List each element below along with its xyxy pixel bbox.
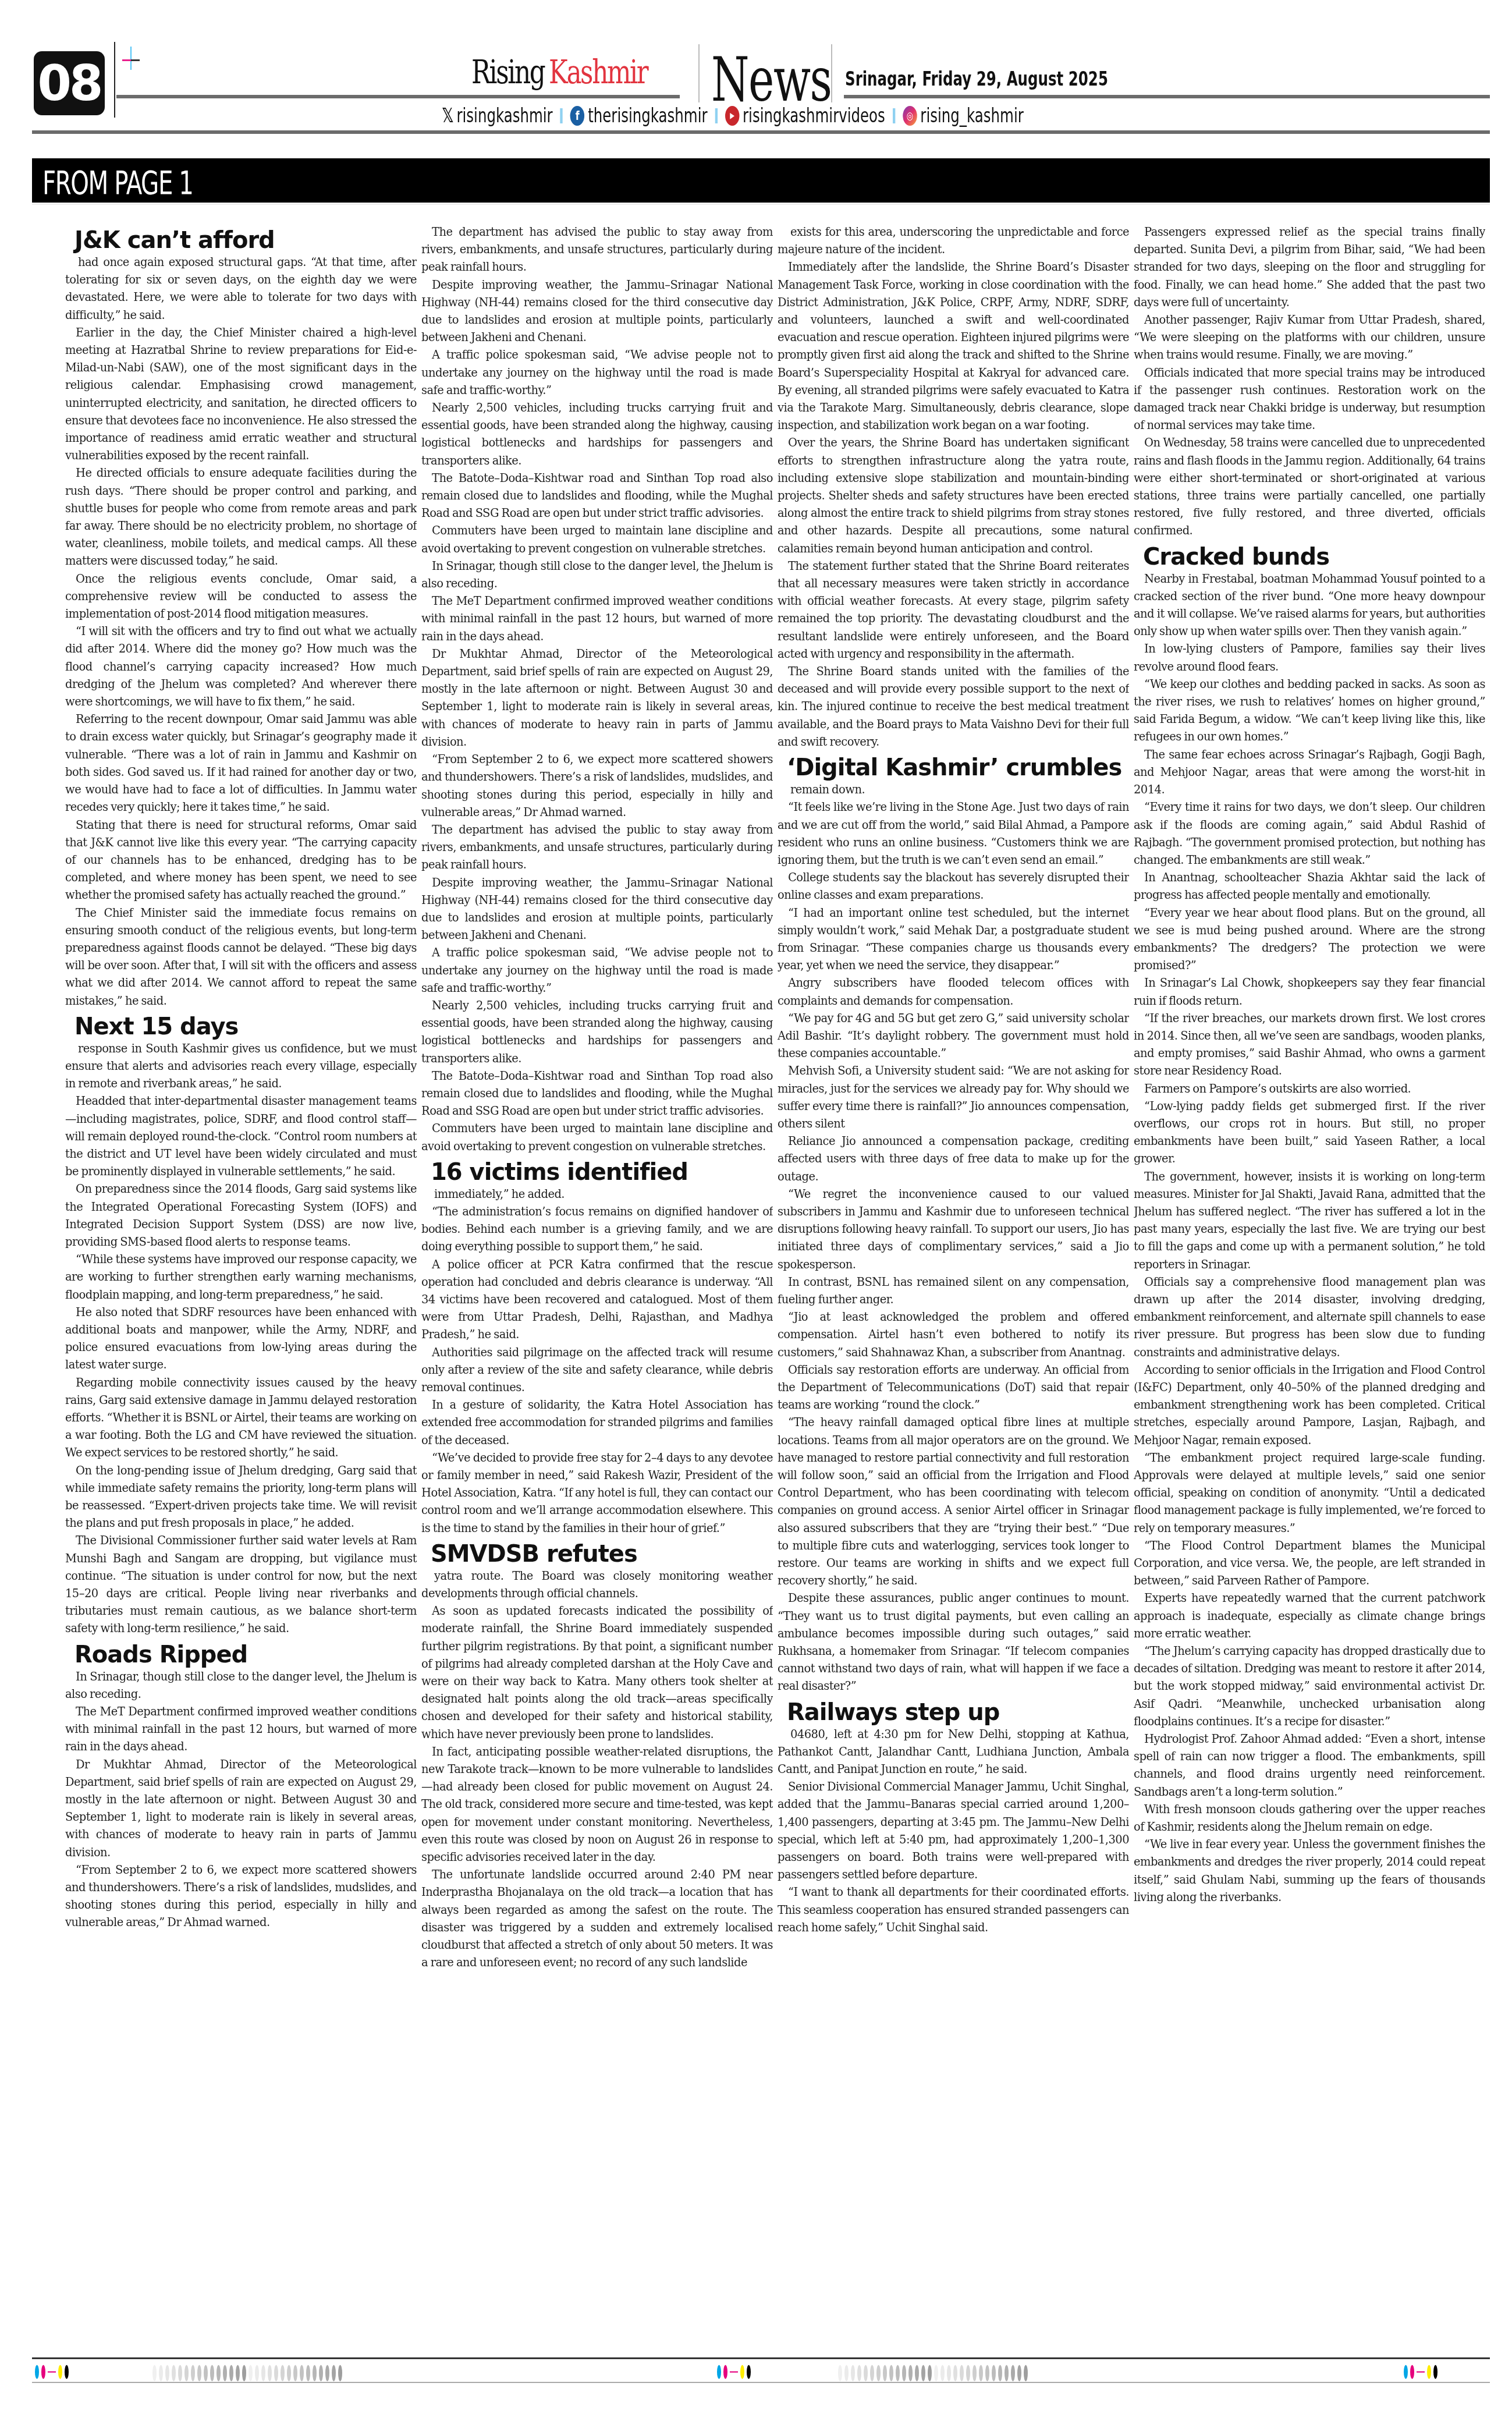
- article-subheading: 16 victims identified: [421, 1159, 773, 1186]
- article-paragraph: “We pay for 4G and 5G but get zero G,” s…: [778, 1010, 1129, 1063]
- article-paragraph: Regarding mobile connectivity issues cau…: [65, 1374, 417, 1462]
- article-paragraph: Another passenger, Rajiv Kumar from Utta…: [1134, 311, 1485, 364]
- article-paragraph: yatra route. The Board was closely monit…: [421, 1568, 773, 1602]
- article-paragraph: In low-lying clusters of Pampore, famili…: [1134, 640, 1485, 675]
- column-1: J&K can’t affordhad once again exposed s…: [65, 224, 417, 2348]
- section-title: FROM PAGE 1: [42, 164, 193, 202]
- article-paragraph: Earlier in the day, the Chief Minister c…: [65, 324, 417, 465]
- column-2: The department has advised the public to…: [421, 224, 773, 2348]
- article-paragraph: “Jio at least acknowledged the problem a…: [778, 1309, 1129, 1361]
- masthead-rule: [116, 95, 680, 98]
- article-paragraph: On Wednesday, 58 trains were cancelled d…: [1134, 434, 1485, 540]
- article-paragraph: The Chief Minister said the immediate fo…: [65, 905, 417, 1010]
- article-paragraph: Hydrologist Prof. Zahoor Ahmad added: “E…: [1134, 1731, 1485, 1801]
- column-3: exists for this area, underscoring the u…: [778, 224, 1129, 2348]
- article-paragraph: The Batote–Doda–Kishtwar road and Sintha…: [421, 470, 773, 523]
- gray-ramp: [152, 2365, 342, 2381]
- article-paragraph: Nearby in Frestabal, boatman Mohammad Yo…: [1134, 570, 1485, 641]
- article-subheading: Roads Ripped: [65, 1641, 417, 1668]
- article-paragraph: “I will sit with the officers and try to…: [65, 623, 417, 711]
- social-facebook[interactable]: ftherisingkashmir: [570, 104, 708, 127]
- youtube-icon: ▶: [725, 106, 739, 126]
- article-subheading: ‘Digital Kashmir’ crumbles: [778, 754, 1129, 781]
- masthead-rule: [844, 95, 1490, 98]
- article-paragraph: “We’ve decided to provide free stay for …: [421, 1449, 773, 1537]
- x-icon: 𝕏: [442, 106, 453, 126]
- article-paragraph: exists for this area, underscoring the u…: [778, 224, 1129, 258]
- article-paragraph: A police officer at PCR Katra confirmed …: [421, 1256, 773, 1344]
- masthead-rule: [32, 130, 1490, 134]
- article-paragraph: had once again exposed structural gaps. …: [65, 254, 417, 324]
- section-underline: [32, 204, 1490, 205]
- section-bar: FROM PAGE 1: [32, 158, 1490, 203]
- page-number: 08: [38, 55, 101, 112]
- article-paragraph: In contrast, BSNL has remained silent on…: [778, 1274, 1129, 1309]
- article-paragraph: The Shrine Board stands united with the …: [778, 663, 1129, 751]
- article-paragraph: The MeT Department confirmed improved we…: [421, 593, 773, 646]
- article-paragraph: Experts have repeatedly warned that the …: [1134, 1590, 1485, 1643]
- article-paragraph: With fresh monsoon clouds gathering over…: [1134, 1801, 1485, 1836]
- logo-rising: Rising: [471, 54, 544, 91]
- masthead-divider: [831, 44, 832, 102]
- article-paragraph: The Batote–Doda–Kishtwar road and Sintha…: [421, 1068, 773, 1120]
- article-paragraph: On the long-pending issue of Jhelum dred…: [65, 1462, 417, 1533]
- article-paragraph: “Low-lying paddy fields get submerged fi…: [1134, 1098, 1485, 1168]
- article-paragraph: He directed officials to ensure adequate…: [65, 464, 417, 570]
- article-paragraph: “I had an important online test schedule…: [778, 905, 1129, 975]
- article-paragraph: remain down.: [778, 781, 1129, 799]
- column-4: Passengers expressed relief as the speci…: [1134, 224, 1485, 2348]
- article-paragraph: “The embankment project required large-s…: [1134, 1449, 1485, 1537]
- article-paragraph: Angry subscribers have flooded telecom o…: [778, 974, 1129, 1009]
- article-paragraph: “From September 2 to 6, we expect more s…: [421, 751, 773, 821]
- article-paragraph: The department has advised the public to…: [421, 821, 773, 874]
- article-paragraph: Officials indicated that more special tr…: [1134, 364, 1485, 435]
- article-paragraph: “The heavy rainfall damaged optical fibr…: [778, 1414, 1129, 1590]
- article-paragraph: A traffic police spokesman said, “We adv…: [421, 944, 773, 997]
- article-paragraph: College students say the blackout has se…: [778, 869, 1129, 904]
- article-subheading: Railways step up: [778, 1699, 1129, 1726]
- article-paragraph: In Srinagar’s Lal Chowk, shopkeepers say…: [1134, 974, 1485, 1009]
- article-paragraph: “While these systems have improved our r…: [65, 1251, 417, 1304]
- cmyk-swatches: [1404, 2365, 1438, 2379]
- article-subheading: Cracked bunds: [1134, 544, 1485, 570]
- article-paragraph: Farmers on Pampore’s outskirts are also …: [1134, 1080, 1485, 1098]
- cmyk-swatches: [717, 2365, 751, 2379]
- article-paragraph: immediately,” he added.: [421, 1186, 773, 1203]
- article-paragraph: He also noted that SDRF resources have b…: [65, 1304, 417, 1374]
- article-paragraph: Commuters have been urged to maintain la…: [421, 522, 773, 557]
- article-paragraph: “I want to thank all departments for the…: [778, 1884, 1129, 1937]
- article-paragraph: Commuters have been urged to maintain la…: [421, 1120, 773, 1155]
- article-paragraph: “The Flood Control Department blames the…: [1134, 1537, 1485, 1590]
- article-paragraph: “It feels like we’re living in the Stone…: [778, 799, 1129, 869]
- article-paragraph: The government, however, insists it is w…: [1134, 1168, 1485, 1274]
- article-paragraph: “We regret the inconvenience caused to o…: [778, 1186, 1129, 1274]
- social-x[interactable]: 𝕏risingkashmir: [442, 104, 553, 127]
- article-paragraph: Once the religious events conclude, Omar…: [65, 570, 417, 623]
- article-paragraph: “Every year we hear about flood plans. B…: [1134, 905, 1485, 975]
- article-paragraph: Authorities said pilgrimage on the affec…: [421, 1344, 773, 1397]
- social-handle: rising_kashmir: [920, 104, 1023, 127]
- article-paragraph: The unfortunate landslide occurred aroun…: [421, 1866, 773, 1971]
- article-paragraph: Referring to the recent downpour, Omar s…: [65, 711, 417, 816]
- article-paragraph: Senior Divisional Commercial Manager Jam…: [778, 1778, 1129, 1884]
- article-paragraph: In a gesture of solidarity, the Katra Ho…: [421, 1396, 773, 1449]
- article-paragraph: “From September 2 to 6, we expect more s…: [65, 1861, 417, 1932]
- article-paragraph: response in South Kashmir gives us confi…: [65, 1040, 417, 1093]
- article-paragraph: Officials say a comprehensive flood mana…: [1134, 1274, 1485, 1361]
- article-paragraph: Despite these assurances, public anger c…: [778, 1590, 1129, 1695]
- registration-mark-icon: [122, 47, 140, 70]
- article-paragraph: Mehvish Sofi, a University student said:…: [778, 1062, 1129, 1133]
- social-handles: 𝕏risingkashmir ftherisingkashmir ▶rising…: [442, 102, 1024, 129]
- social-handle: risingkashmir: [456, 104, 552, 127]
- article-paragraph: “We live in fear every year. Unless the …: [1134, 1836, 1485, 1906]
- article-paragraph: “We keep our clothes and bedding packed …: [1134, 676, 1485, 746]
- dateline: Srinagar, Friday 29, August 2025: [845, 68, 1108, 91]
- social-handle: risingkashmirvideos: [743, 104, 885, 127]
- article-paragraph: Headded that inter-departmental disaster…: [65, 1093, 417, 1180]
- social-handle: therisingkashmir: [588, 104, 707, 127]
- article-paragraph: “Every time it rains for two days, we do…: [1134, 799, 1485, 869]
- article-paragraph: Immediately after the landslide, the Shr…: [778, 258, 1129, 434]
- social-instagram[interactable]: ◎rising_kashmir: [903, 104, 1024, 127]
- article-subheading: SMVDSB refutes: [421, 1541, 773, 1568]
- article-paragraph: Despite improving weather, the Jammu–Sri…: [421, 276, 773, 347]
- article-paragraph: “If the river breaches, our markets drow…: [1134, 1010, 1485, 1080]
- article-paragraph: “The administration’s focus remains on d…: [421, 1203, 773, 1256]
- article-paragraph: “The Jhelum’s carrying capacity has drop…: [1134, 1643, 1485, 1731]
- article-paragraph: In Anantnag, schoolteacher Shazia Akhtar…: [1134, 869, 1485, 904]
- article-paragraph: Officials say restoration efforts are un…: [778, 1361, 1129, 1414]
- article-paragraph: In Srinagar, though still close to the d…: [65, 1668, 417, 1703]
- article-paragraph: In Srinagar, though still close to the d…: [421, 558, 773, 593]
- article-paragraph: Despite improving weather, the Jammu–Sri…: [421, 874, 773, 945]
- article-paragraph: As soon as updated forecasts indicated t…: [421, 1602, 773, 1743]
- facebook-icon: f: [570, 106, 584, 126]
- article-paragraph: Nearly 2,500 vehicles, including trucks …: [421, 997, 773, 1068]
- article-paragraph: The MeT Department confirmed improved we…: [65, 1703, 417, 1756]
- article-paragraph: Reliance Jio announced a compensation pa…: [778, 1133, 1129, 1186]
- article-paragraph: On preparedness since the 2014 floods, G…: [65, 1180, 417, 1251]
- gray-ramp: [838, 2365, 1028, 2381]
- instagram-icon: ◎: [903, 106, 917, 126]
- article-paragraph: The Divisional Commissioner further said…: [65, 1532, 417, 1637]
- article-paragraph: A traffic police spokesman said, “We adv…: [421, 346, 773, 399]
- article-paragraph: 04680, left at 4:30 pm for New Delhi, st…: [778, 1726, 1129, 1779]
- page-number-rule: [114, 42, 115, 118]
- article-subheading: J&K can’t afford: [65, 227, 417, 254]
- masthead-divider: [698, 44, 700, 102]
- article-subheading: Next 15 days: [65, 1013, 417, 1040]
- article-paragraph: Passengers expressed relief as the speci…: [1134, 224, 1485, 311]
- article-paragraph: Dr Mukhtar Ahmad, Director of the Meteor…: [421, 646, 773, 751]
- article-paragraph: The same fear echoes across Srinagar’s R…: [1134, 746, 1485, 799]
- separator: [560, 108, 563, 123]
- cmyk-swatches: [35, 2365, 69, 2379]
- article-paragraph: According to senior officials in the Irr…: [1134, 1361, 1485, 1449]
- logo-kashmir: Kashmir: [549, 54, 647, 91]
- article-paragraph: Over the years, the Shrine Board has und…: [778, 434, 1129, 557]
- newspaper-logo: RisingKashmir: [471, 54, 647, 91]
- separator: [893, 108, 895, 123]
- article-paragraph: The department has advised the public to…: [421, 224, 773, 276]
- separator: [715, 108, 718, 123]
- article-paragraph: Dr Mukhtar Ahmad, Director of the Meteor…: [65, 1756, 417, 1861]
- article-paragraph: Nearly 2,500 vehicles, including trucks …: [421, 399, 773, 470]
- page-number-badge: 08: [34, 51, 105, 115]
- article-paragraph: Stating that there is need for structura…: [65, 817, 417, 905]
- article-paragraph: The statement further stated that the Sh…: [778, 558, 1129, 663]
- social-youtube[interactable]: ▶risingkashmirvideos: [725, 104, 885, 127]
- article-paragraph: In fact, anticipating possible weather-r…: [421, 1743, 773, 1866]
